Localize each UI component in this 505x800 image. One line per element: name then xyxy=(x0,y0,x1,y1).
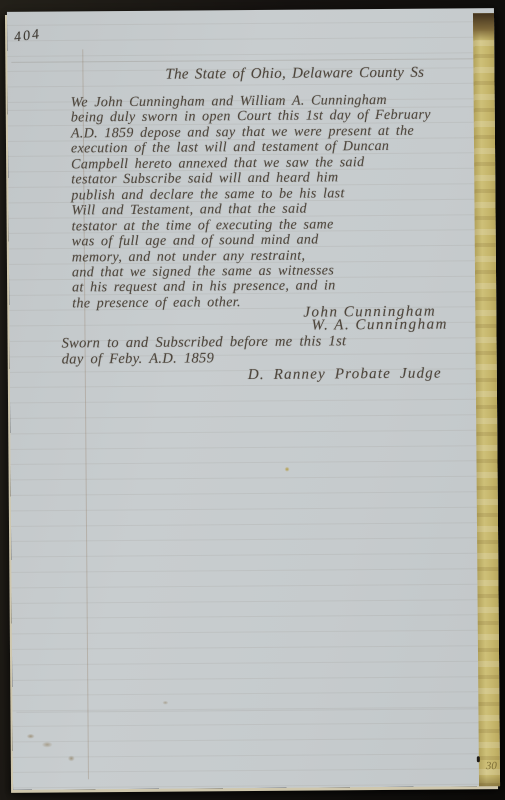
text-line: Sworn to and Subscribed before me this 1… xyxy=(62,334,347,352)
affidavit-body: We John Cunningham and William A. Cunnin… xyxy=(71,92,475,311)
foxing-stain xyxy=(68,755,75,761)
binding-tape-edge: 30 xyxy=(473,13,500,786)
judge-signature: D. Ranney Probate Judge xyxy=(248,366,442,385)
foxing-stain xyxy=(162,701,168,705)
foxing-stain xyxy=(285,467,290,472)
faded-corner-mark: 30 xyxy=(486,760,497,772)
document-scan: 404 The State of Ohio, Delaware County S… xyxy=(0,0,505,800)
manuscript-page: 404 The State of Ohio, Delaware County S… xyxy=(7,8,500,790)
foxing-stain xyxy=(27,734,35,739)
foxing-stain xyxy=(42,742,53,748)
text-line: day of Feby. A.D. 1859 xyxy=(62,350,347,368)
ink-speck xyxy=(477,756,480,762)
attestation-clause: Sworn to and Subscribed before me this 1… xyxy=(62,334,347,367)
witness-signature-2: W. A. Cunningham xyxy=(311,316,448,334)
document-heading: The State of Ohio, Delaware County Ss xyxy=(165,65,424,84)
page-number: 404 xyxy=(13,27,42,46)
